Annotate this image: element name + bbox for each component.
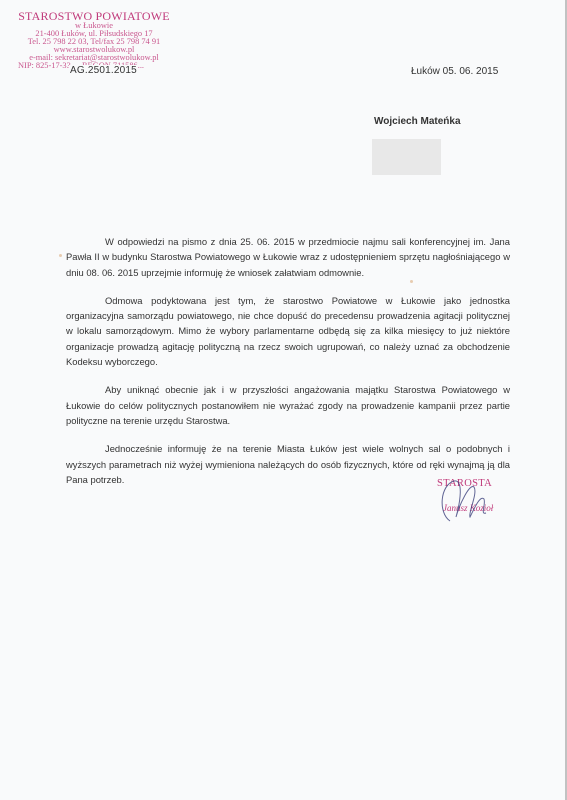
paragraph: W odpowiedzi na pismo z dnia 25. 06. 201… xyxy=(66,234,510,280)
paragraph: Odmowa podyktowana jest tym, że starostw… xyxy=(66,293,510,369)
letter-body: W odpowiedzi na pismo z dnia 25. 06. 201… xyxy=(66,234,510,500)
reference-number: AG.2501.2015 xyxy=(69,65,138,76)
paragraph: Aby uniknąć obecnie jak i w przyszłości … xyxy=(66,382,510,428)
signature-stamp: STAROSTA Janusz Kozioł xyxy=(430,473,540,528)
handwritten-signature-icon xyxy=(430,473,540,528)
redacted-address-block xyxy=(372,139,441,175)
place-and-date: Łuków 05. 06. 2015 xyxy=(411,66,498,77)
office-header-stamp: STAROSTWO POWIATOWE w Łukowie 21-400 Łuk… xyxy=(4,10,184,70)
scan-speck xyxy=(59,254,62,257)
recipient-name: Wojciech Mateńka xyxy=(374,116,461,127)
letter-page: STAROSTWO POWIATOWE w Łukowie 21-400 Łuk… xyxy=(0,0,567,800)
